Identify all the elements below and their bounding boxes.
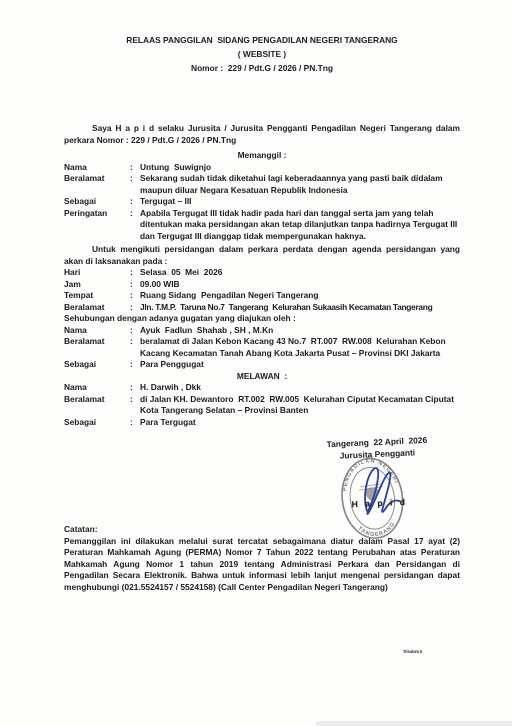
lawsuit-intro-line: Sehubungan dengan adanya gugatan yang di… — [64, 313, 460, 325]
colon-separator: : — [130, 162, 140, 174]
notes-body: Pemanggilan ini dilakukan melalui surat … — [64, 536, 460, 594]
field-value: Selasa 05 Mei 2026 — [140, 267, 460, 279]
field-label: Beralamat — [64, 394, 130, 417]
colon-separator: : — [130, 196, 140, 208]
field-value: beralamat di Jalan Kebon Kacang 43 No.7 … — [140, 336, 460, 359]
field-label: Peringatan — [64, 208, 130, 243]
field-label: Sebagai — [64, 196, 130, 208]
colon-separator: : — [130, 417, 140, 429]
colon-separator: : — [130, 290, 140, 302]
field-row: Peringatan : Apabila Tergugat III tidak … — [64, 208, 460, 243]
field-value: Sekarang sudah tidak diketahui lagi kebe… — [140, 173, 460, 196]
colon-separator: : — [130, 325, 140, 337]
field-value: Jln. T.M.P. Taruna No.7 Tangerang Kelura… — [140, 302, 460, 314]
colon-separator: : — [130, 267, 140, 279]
colon-separator: : — [130, 336, 140, 359]
colon-separator: : — [130, 279, 140, 291]
signature-block: Tangerang 22 April 2026 Jurusita Penggan… — [316, 434, 443, 546]
field-row: Tempat : Ruang Sidang Pengadilan Negeri … — [64, 290, 460, 302]
field-label: Tempat — [64, 290, 130, 302]
field-row: Sebagai : Para Penggugat — [64, 359, 460, 371]
intro-paragraph: Saya H a p i d selaku Jurusita / Jurusit… — [64, 123, 460, 146]
plaintiff-section: Nama : Ayuk Fadlun Shahab , SH , M.Kn Be… — [64, 325, 460, 371]
colon-separator: : — [130, 359, 140, 371]
document-page: RELAAS PANGGILAN SIDANG PENGADILAN NEGER… — [0, 0, 512, 726]
colon-separator: : — [130, 208, 140, 243]
field-label: Nama — [64, 162, 130, 174]
field-label: Hari — [64, 267, 130, 279]
colon-separator: : — [130, 394, 140, 417]
field-value: Ruang Sidang Pengadilan Negeri Tangerang — [140, 290, 460, 302]
field-row: Hari : Selasa 05 Mei 2026 — [64, 267, 460, 279]
schedule-intro-paragraph: Untuk mengikuti persidangan dalam perkar… — [64, 244, 460, 267]
stamp-area: PENGADILAN NEGERI TANGERANG H a p i d — [317, 455, 443, 546]
field-label: Sebagai — [64, 417, 130, 429]
field-row: Sebagai : Para Tergugat — [64, 417, 460, 429]
field-label: Nama — [64, 325, 130, 337]
field-value: H. Darwih , Dkk — [140, 382, 460, 394]
colon-separator: : — [130, 302, 140, 314]
defendant-section: Nama : H. Darwih , Dkk Beralamat : di Ja… — [64, 382, 460, 428]
field-label: Beralamat — [64, 173, 130, 196]
field-row: Beralamat : di Jalan KH. Dewantoro RT.00… — [64, 394, 460, 417]
footer-mark: Trisutara 5 — [403, 649, 422, 654]
document-header: RELAAS PANGGILAN SIDANG PENGADILAN NEGER… — [64, 33, 460, 75]
field-label: Nama — [64, 382, 130, 394]
scan-artifact-bar — [316, 721, 512, 726]
field-value: Para Penggugat — [140, 359, 460, 371]
field-value: Apabila Tergugat III tidak hadir pada ha… — [140, 208, 460, 243]
field-value: Ayuk Fadlun Shahab , SH , M.Kn — [140, 325, 460, 337]
field-row: Sebagai : Tergugat – III — [64, 196, 460, 208]
field-row: Nama : Ayuk Fadlun Shahab , SH , M.Kn — [64, 325, 460, 337]
field-row: Beralamat : Sekarang sudah tidak diketah… — [64, 173, 460, 196]
field-value: di Jalan KH. Dewantoro RT.002 RW.005 Kel… — [140, 394, 460, 417]
colon-separator: : — [130, 382, 140, 394]
field-label: Beralamat — [64, 336, 130, 359]
field-label: Sebagai — [64, 359, 130, 371]
field-label: Beralamat — [64, 302, 130, 314]
field-row: Jam : 09.00 WIB — [64, 279, 460, 291]
field-label: Jam — [64, 279, 130, 291]
field-row: Nama : H. Darwih , Dkk — [64, 382, 460, 394]
field-value: Para Tergugat — [140, 417, 460, 429]
field-row: Beralamat : Jln. T.M.P. Taruna No.7 Tang… — [64, 302, 460, 314]
schedule-section: Hari : Selasa 05 Mei 2026 Jam : 09.00 WI… — [64, 267, 460, 313]
melawan-heading: MELAWAN : — [64, 371, 460, 383]
field-value: 09.00 WIB — [140, 279, 460, 291]
document-title: RELAAS PANGGILAN SIDANG PENGADILAN NEGER… — [64, 33, 460, 47]
field-value: Tergugat – III — [140, 196, 460, 208]
field-row: Nama : Untung Suwignjo — [64, 162, 460, 174]
memanggil-heading: Memanggil : — [64, 150, 460, 162]
field-value: Untung Suwignjo — [140, 162, 460, 174]
case-number: Nomor : 229 / Pdt.G / 2026 / PN.Tng — [64, 61, 460, 75]
summoned-party-section: Nama : Untung Suwignjo Beralamat : Sekar… — [64, 162, 460, 243]
field-row: Beralamat : beralamat di Jalan Kebon Kac… — [64, 336, 460, 359]
document-subtitle: ( WEBSITE ) — [64, 47, 460, 61]
colon-separator: : — [130, 173, 140, 196]
